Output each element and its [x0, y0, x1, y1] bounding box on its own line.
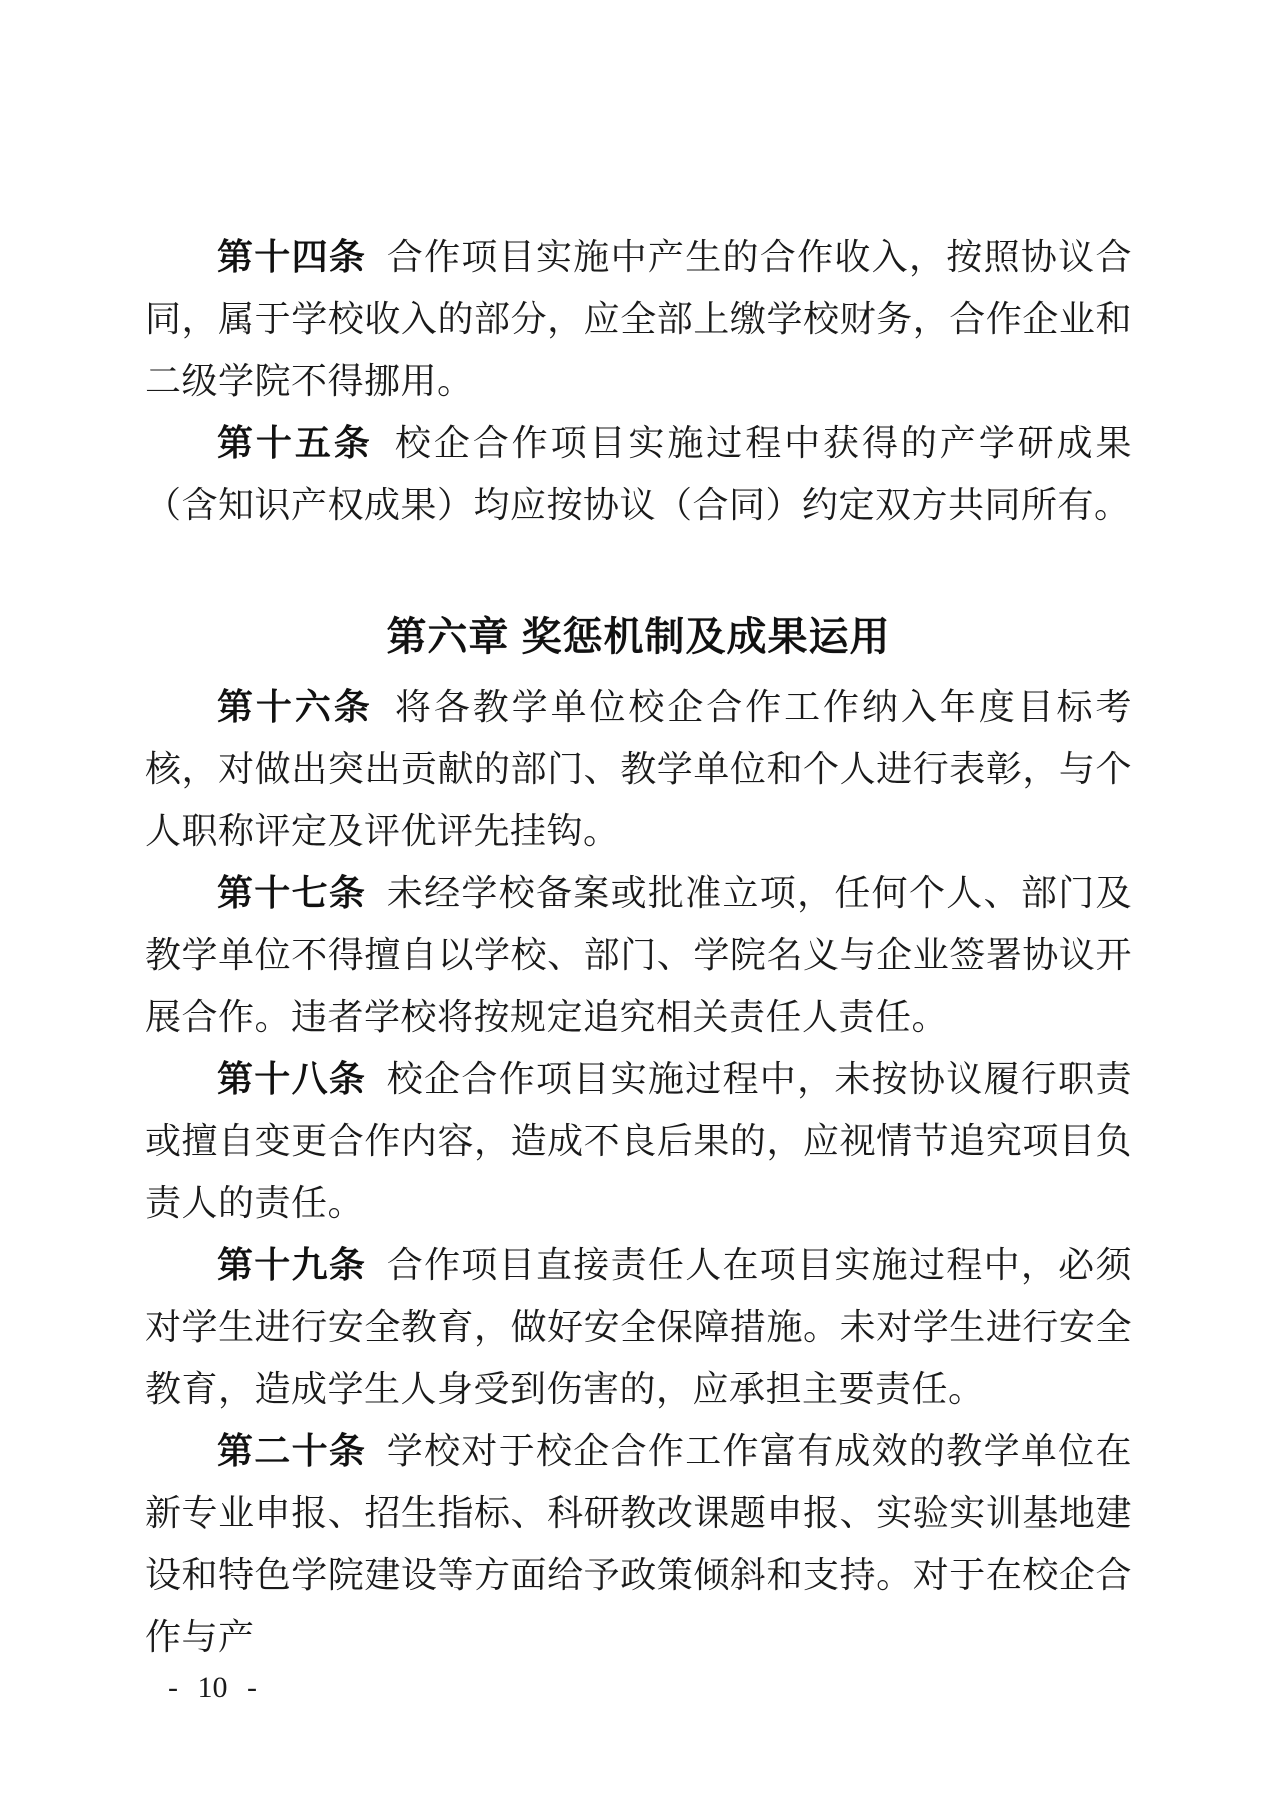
article-number: 第十八条: [217, 1059, 366, 1099]
article-paragraph-14: 第十四条合作项目实施中产生的合作收入，按照协议合同，属于学校收入的部分，应全部上…: [145, 226, 1132, 412]
article-paragraph-20: 第二十条学校对于校企合作工作富有成效的教学单位在新专业申报、招生指标、科研教改课…: [145, 1420, 1132, 1668]
article-number: 第二十条: [217, 1431, 366, 1471]
article-number: 第十九条: [217, 1245, 366, 1285]
article-number: 第十五条: [217, 423, 373, 463]
article-number: 第十四条: [217, 237, 366, 277]
page-content: 第十四条合作项目实施中产生的合作收入，按照协议合同，属于学校收入的部分，应全部上…: [145, 226, 1132, 1668]
article-number: 第十六条: [217, 687, 373, 727]
document-page: 第十四条合作项目实施中产生的合作收入，按照协议合同，属于学校收入的部分，应全部上…: [0, 0, 1272, 1800]
article-paragraph-16: 第十六条将各教学单位校企合作工作纳入年度目标考核，对做出突出贡献的部门、教学单位…: [145, 676, 1132, 862]
article-number: 第十七条: [217, 873, 366, 913]
chapter-heading: 第六章 奖惩机制及成果运用: [145, 598, 1132, 676]
article-paragraph-18: 第十八条校企合作项目实施过程中，未按协议履行职责或擅自变更合作内容，造成不良后果…: [145, 1048, 1132, 1234]
page-number: - 10 -: [168, 1670, 257, 1706]
article-paragraph-19: 第十九条合作项目直接责任人在项目实施过程中，必须对学生进行安全教育，做好安全保障…: [145, 1234, 1132, 1420]
article-paragraph-17: 第十七条未经学校备案或批准立项，任何个人、部门及教学单位不得擅自以学校、部门、学…: [145, 862, 1132, 1048]
article-paragraph-15: 第十五条校企合作项目实施过程中获得的产学研成果（含知识产权成果）均应按协议（合同…: [145, 412, 1132, 536]
